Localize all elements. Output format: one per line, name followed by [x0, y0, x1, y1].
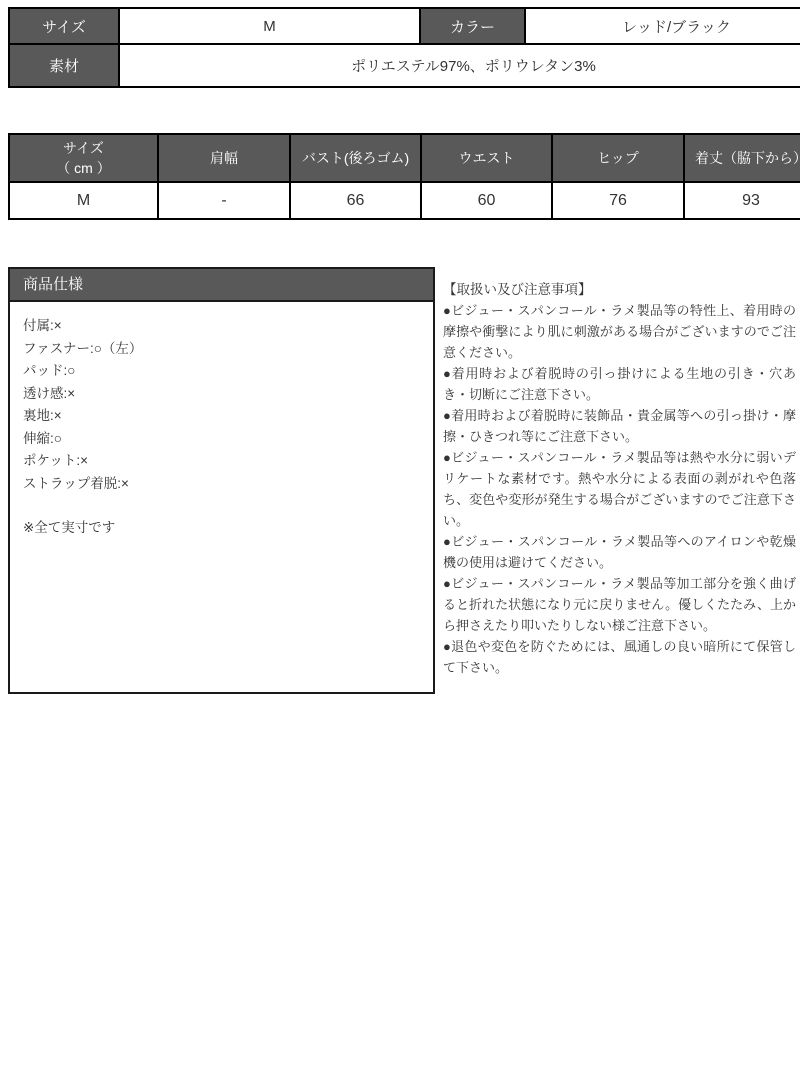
handling-note-snagging: ●着用時および着脱時の引っ掛けによる生地の引き・穴あき・切断にご注意下さい。 [443, 363, 796, 405]
product-spec-list: 付属:× ファスナー:○（左） パッド:○ 透け感:× 裏地:× 伸縮:○ ポケ… [10, 302, 433, 495]
value-length: 93 [684, 182, 800, 219]
material-value-cell: ポリエステル97%、ポリウレタン3% [119, 44, 800, 87]
value-hip: 76 [552, 182, 684, 219]
measurements-data-row: M - 66 60 76 93 [9, 182, 800, 219]
material-row: 素材 ポリエステル97%、ポリウレタン3% [9, 44, 800, 87]
value-bust: 66 [290, 182, 421, 219]
measurements-table: サイズ （ cm ） 肩幅 バスト(後ろゴム) ウエスト ヒップ 着丈（脇下から… [8, 133, 800, 220]
handling-notes-title: 【取扱い及び注意事項】 [443, 279, 796, 300]
actual-measurement-note: ※全て実寸です [10, 495, 433, 540]
handling-note-bending: ●ビジュー・スパンコール・ラメ製品等加工部分を強く曲げると折れた状態になり元に戻… [443, 573, 796, 636]
product-spec-page: サイズ M カラー レッド/ブラック 素材 ポリエステル97%、ポリウレタン3%… [0, 0, 800, 694]
header-length: 着丈（脇下から） [684, 134, 800, 182]
header-bust: バスト(後ろゴム) [290, 134, 421, 182]
material-label-cell: 素材 [9, 44, 119, 87]
value-waist: 60 [421, 182, 552, 219]
header-hip: ヒップ [552, 134, 684, 182]
size-color-row: サイズ M カラー レッド/ブラック [9, 8, 800, 44]
size-label-cell: サイズ [9, 8, 119, 44]
spec-item-sheerness: 透け感:× [23, 383, 421, 406]
spec-item-strap: ストラップ着脱:× [23, 473, 421, 496]
value-shoulder-width: - [158, 182, 290, 219]
value-size: M [9, 182, 158, 219]
header-size-cm: サイズ （ cm ） [9, 134, 158, 182]
header-waist: ウエスト [421, 134, 552, 182]
spec-item-lining: 裏地:× [23, 405, 421, 428]
spec-item-fastener: ファスナー:○（左） [23, 338, 421, 361]
color-label-cell: カラー [420, 8, 525, 44]
product-spec-title: 商品仕様 [10, 269, 433, 302]
spec-item-pad: パッド:○ [23, 360, 421, 383]
handling-note-iron-dryer: ●ビジュー・スパンコール・ラメ製品等へのアイロンや乾燥機の使用は避けてください。 [443, 531, 796, 573]
bottom-section: 商品仕様 付属:× ファスナー:○（左） パッド:○ 透け感:× 裏地:× 伸縮… [8, 267, 800, 694]
handling-notes: 【取扱い及び注意事項】 ●ビジュー・スパンコール・ラメ製品等の特性上、着用時の摩… [443, 267, 796, 678]
spec-item-accessory: 付属:× [23, 315, 421, 338]
header-shoulder-width: 肩幅 [158, 134, 290, 182]
size-color-material-table: サイズ M カラー レッド/ブラック 素材 ポリエステル97%、ポリウレタン3% [8, 7, 800, 88]
spec-item-pocket: ポケット:× [23, 450, 421, 473]
size-value-cell: M [119, 8, 420, 44]
product-spec-box: 商品仕様 付属:× ファスナー:○（左） パッド:○ 透け感:× 裏地:× 伸縮… [8, 267, 435, 694]
handling-note-jewelry: ●着用時および着脱時に装飾品・貴金属等への引っ掛け・摩擦・ひきつれ等にご注意下さ… [443, 405, 796, 447]
handling-note-friction: ●ビジュー・スパンコール・ラメ製品等の特性上、着用時の摩擦や衝撃により肌に刺激が… [443, 300, 796, 363]
handling-note-heat-moisture: ●ビジュー・スパンコール・ラメ製品等は熱や水分に弱いデリケートな素材です。熱や水… [443, 447, 796, 531]
handling-note-storage: ●退色や変色を防ぐためには、風通しの良い暗所にて保管して下さい。 [443, 636, 796, 678]
spec-item-stretch: 伸縮:○ [23, 428, 421, 451]
color-value-cell: レッド/ブラック [525, 8, 800, 44]
measurements-header-row: サイズ （ cm ） 肩幅 バスト(後ろゴム) ウエスト ヒップ 着丈（脇下から… [9, 134, 800, 182]
